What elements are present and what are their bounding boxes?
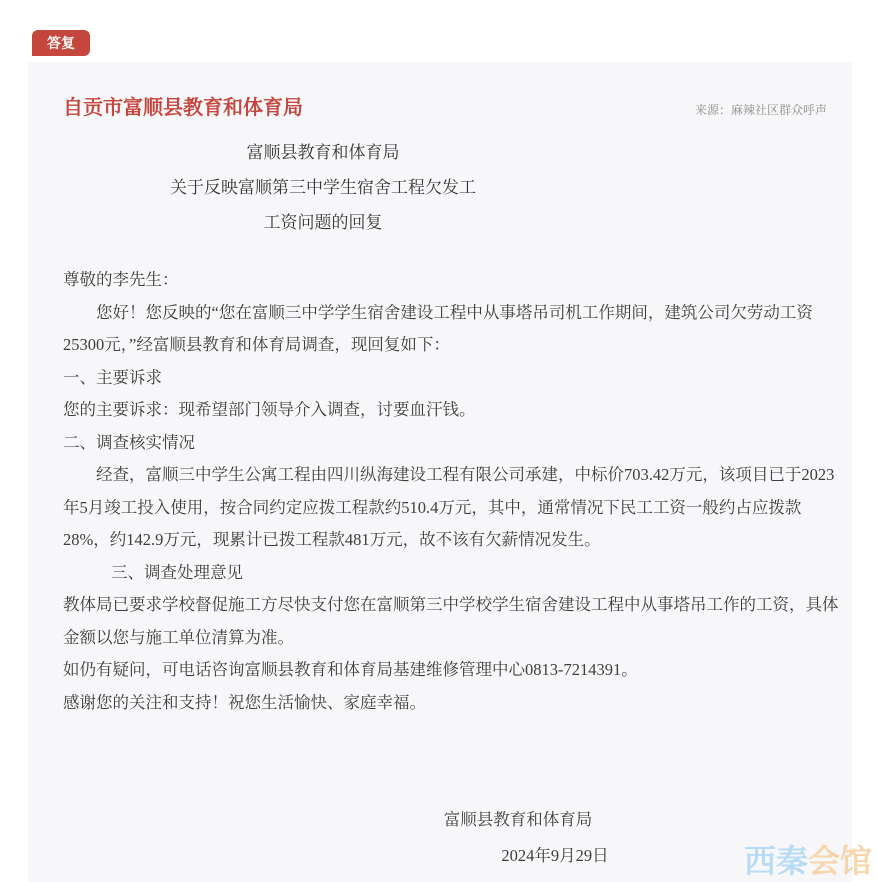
body-line: 尊敬的李先生：	[63, 264, 827, 297]
body-line-section-3: 三、调查处理意见	[63, 557, 827, 590]
body-line: 经查，富顺三中学生公寓工程由四川纵海建设工程有限公司承建，中标价703.42万元…	[63, 459, 827, 492]
body-line: 如仍有疑问，可电话咨询富顺县教育和体育局基建维修管理中心0813-7214391…	[63, 654, 827, 687]
signature-block: 富顺县教育和体育局 2024年9月29日	[63, 803, 827, 872]
card-header: 自贡市富顺县教育和体育局 来源：麻辣社区群众呼声	[63, 94, 827, 122]
body-line-section-1: 一、主要诉求	[63, 362, 827, 395]
watermark-text-blue: 西秦	[744, 843, 808, 879]
watermark: 西秦会馆	[744, 845, 872, 877]
body-line: 金额以您与施工单位清算为准。	[63, 622, 827, 655]
signature-org: 富顺县教育和体育局	[136, 803, 878, 836]
body-line: 年5月竣工投入使用，按合同约定应拨工程款约510.4万元，其中，通常情况下民工工…	[63, 492, 827, 525]
doc-title-line-2: 关于反映富顺第三中学生宿舍工程欠发工	[63, 170, 583, 205]
reply-tab[interactable]: 答复	[32, 30, 90, 56]
body-line: 教体局已要求学校督促施工方尽快支付您在富顺第三中学校学生宿舍建设工程中从事塔吊工…	[63, 589, 827, 622]
doc-title-line-1: 富顺县教育和体育局	[63, 135, 583, 170]
document-title: 富顺县教育和体育局 关于反映富顺第三中学生宿舍工程欠发工 工资问题的回复	[63, 135, 583, 240]
body-line: 您好！您反映的“您在富顺三中学学生宿舍建设工程中从事塔吊司机工作期间，建筑公司欠…	[63, 297, 827, 330]
reply-card: 自贡市富顺县教育和体育局 来源：麻辣社区群众呼声 富顺县教育和体育局 关于反映富…	[28, 62, 852, 882]
document-body: 尊敬的李先生： 您好！您反映的“您在富顺三中学学生宿舍建设工程中从事塔吊司机工作…	[63, 264, 827, 719]
source-label: 来源：麻辣社区群众呼声	[695, 101, 827, 118]
watermark-text-orange: 会馆	[808, 843, 872, 879]
body-line: 感谢您的关注和支持！祝您生活愉快、家庭幸福。	[63, 687, 827, 720]
body-line-section-2: 二、调查核实情况	[63, 427, 827, 460]
body-line: 25300元，”经富顺县教育和体育局调查，现回复如下：	[63, 329, 827, 362]
body-line: 您的主要诉求：现希望部门领导介入调查，讨要血汗钱。	[63, 394, 827, 427]
doc-title-line-3: 工资问题的回复	[63, 205, 583, 240]
page-title: 自贡市富顺县教育和体育局	[63, 94, 303, 122]
page: 答复 自贡市富顺县教育和体育局 来源：麻辣社区群众呼声 富顺县教育和体育局 关于…	[0, 0, 878, 882]
body-line: 28%，约142.9万元，现累计已拨工程款481万元，故不该有欠薪情况发生。	[63, 524, 827, 557]
